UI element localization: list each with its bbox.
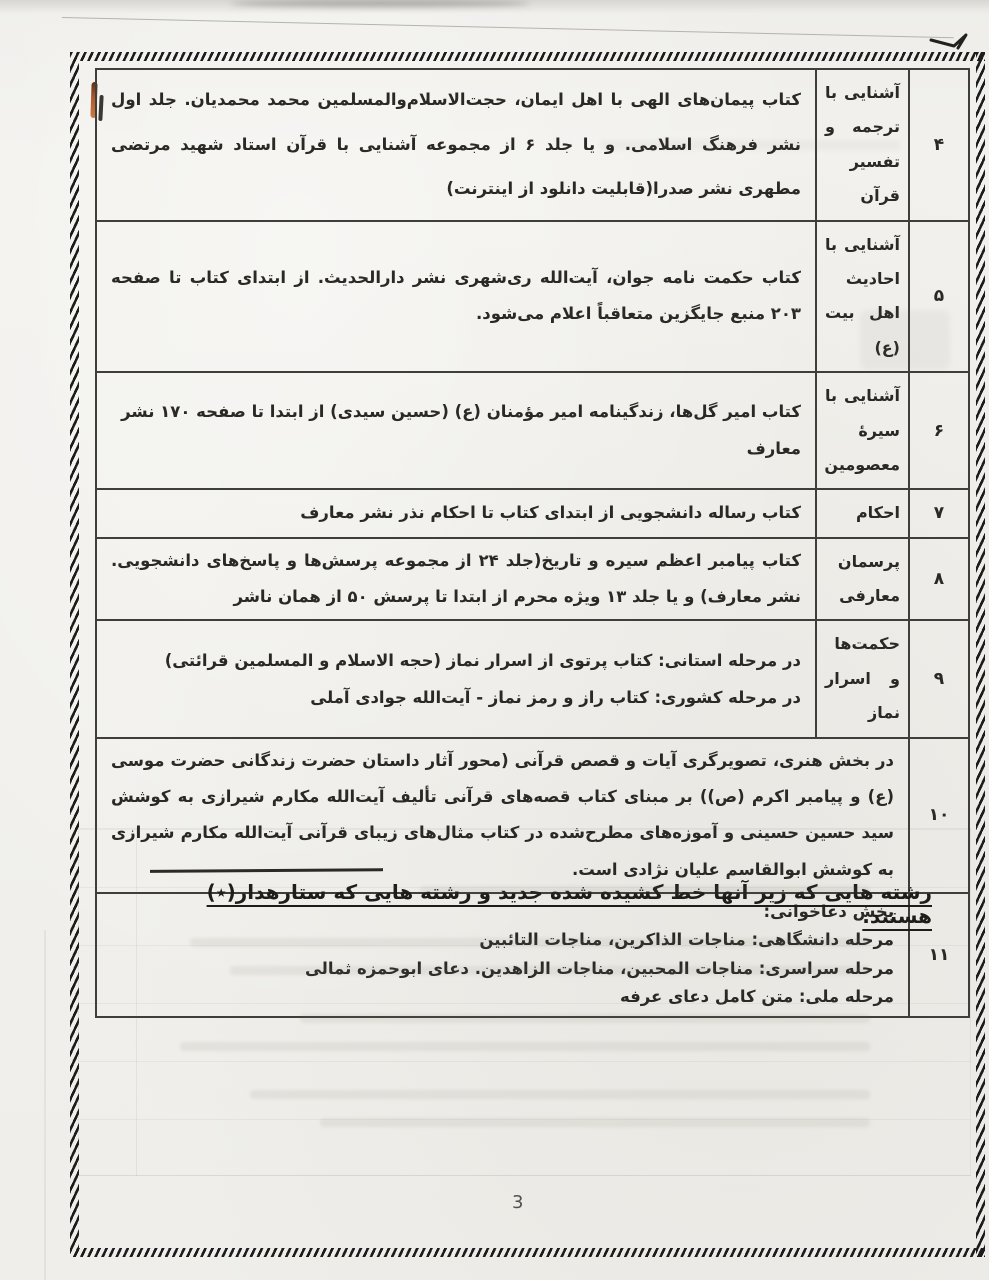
content-cell: کتاب پیامبر اعظم سیره و تاریخ(جلد ۲۴ از … (96, 538, 816, 621)
handwritten-note: رشته هایی که زیر آنها خط کشیده شده جدید … (150, 880, 932, 928)
content-line: در مرحله استانی: کتاب پرتوی از اسرار نما… (111, 642, 801, 679)
row-number-cell: ۸ (909, 538, 969, 621)
content-cell: کتاب امیر گل‌ها، زندگینامه امیر مؤمنان (… (96, 372, 816, 489)
decorative-hatched-border-top (70, 52, 985, 61)
category-cell: پرسمان معارفی (816, 538, 909, 621)
paper-crease (44, 930, 46, 1280)
bleed-through-artifact (320, 1118, 870, 1127)
bleed-through-artifact (250, 1090, 870, 1099)
category-cell: آشنایی با ترجمه و تفسیر قرآن (816, 69, 909, 221)
scan-artifact (230, 0, 530, 7)
row-number-cell: ۹ (909, 620, 969, 737)
content-cell: در مرحله استانی: کتاب پرتوی از اسرار نما… (96, 620, 816, 737)
content-cell: کتاب رساله دانشجویی از ابتدای کتاب تا اح… (96, 489, 816, 537)
category-cell: آشنایی با سیرهٔ معصومین (816, 372, 909, 489)
content-cell: کتاب حکمت نامه جوان، آیت‌الله ری‌شهری نش… (96, 221, 816, 373)
row-number-cell: ۱۰ (909, 738, 969, 893)
table-row: ۹ حکمت‌ها و اسرار نماز در مرحله استانی: … (96, 620, 969, 737)
content-line: در مرحله کشوری: کتاب راز و رمز نماز - آی… (111, 679, 801, 716)
decorative-hatched-border-bottom (70, 1248, 985, 1257)
row-number-cell: ۴ (909, 69, 969, 221)
category-cell: آشنایی با احادیث اهل بیت (ع) (816, 221, 909, 373)
content-line: مرحله دانشگاهی: مناجات الذاکرین، مناجات … (111, 926, 894, 955)
decorative-hatched-border-right (976, 52, 985, 1257)
scanned-page: ۴ آشنایی با ترجمه و تفسیر قرآن کتاب پیما… (0, 0, 989, 1280)
row-number-cell: ۷ (909, 489, 969, 537)
table-row: ۵ آشنایی با احادیث اهل بیت (ع) کتاب حکمت… (96, 221, 969, 373)
category-cell: حکمت‌ها و اسرار نماز (816, 620, 909, 737)
table-row: ۶ آشنایی با سیرهٔ معصومین کتاب امیر گل‌ه… (96, 372, 969, 489)
table-row: ۷ احکام کتاب رساله دانشجویی از ابتدای کت… (96, 489, 969, 537)
table-row: ۴ آشنایی با ترجمه و تفسیر قرآن کتاب پیما… (96, 69, 969, 221)
row-number-cell: ۵ (909, 221, 969, 373)
content-cell: کتاب پیمان‌های الهی با اهل ایمان، حجت‌ال… (96, 69, 816, 221)
row-number-cell: ۶ (909, 372, 969, 489)
content-line: مرحله ملی: متن کامل دعای عرفه (111, 983, 894, 1012)
decorative-hatched-border-left (70, 52, 79, 1257)
scan-artifact-line (62, 17, 954, 38)
table-row: ۸ پرسمان معارفی کتاب پیامبر اعظم سیره و … (96, 538, 969, 621)
content-line: مرحله سراسری: مناجات المحبین، مناجات الز… (111, 955, 894, 984)
page-number: 3 (512, 1192, 523, 1213)
syllabus-table: ۴ آشنایی با ترجمه و تفسیر قرآن کتاب پیما… (95, 68, 970, 1018)
bleed-through-artifact (180, 1042, 870, 1051)
handwritten-note-text: رشته هایی که زیر آنها خط کشیده شده جدید … (207, 880, 932, 928)
category-cell: احکام (816, 489, 909, 537)
